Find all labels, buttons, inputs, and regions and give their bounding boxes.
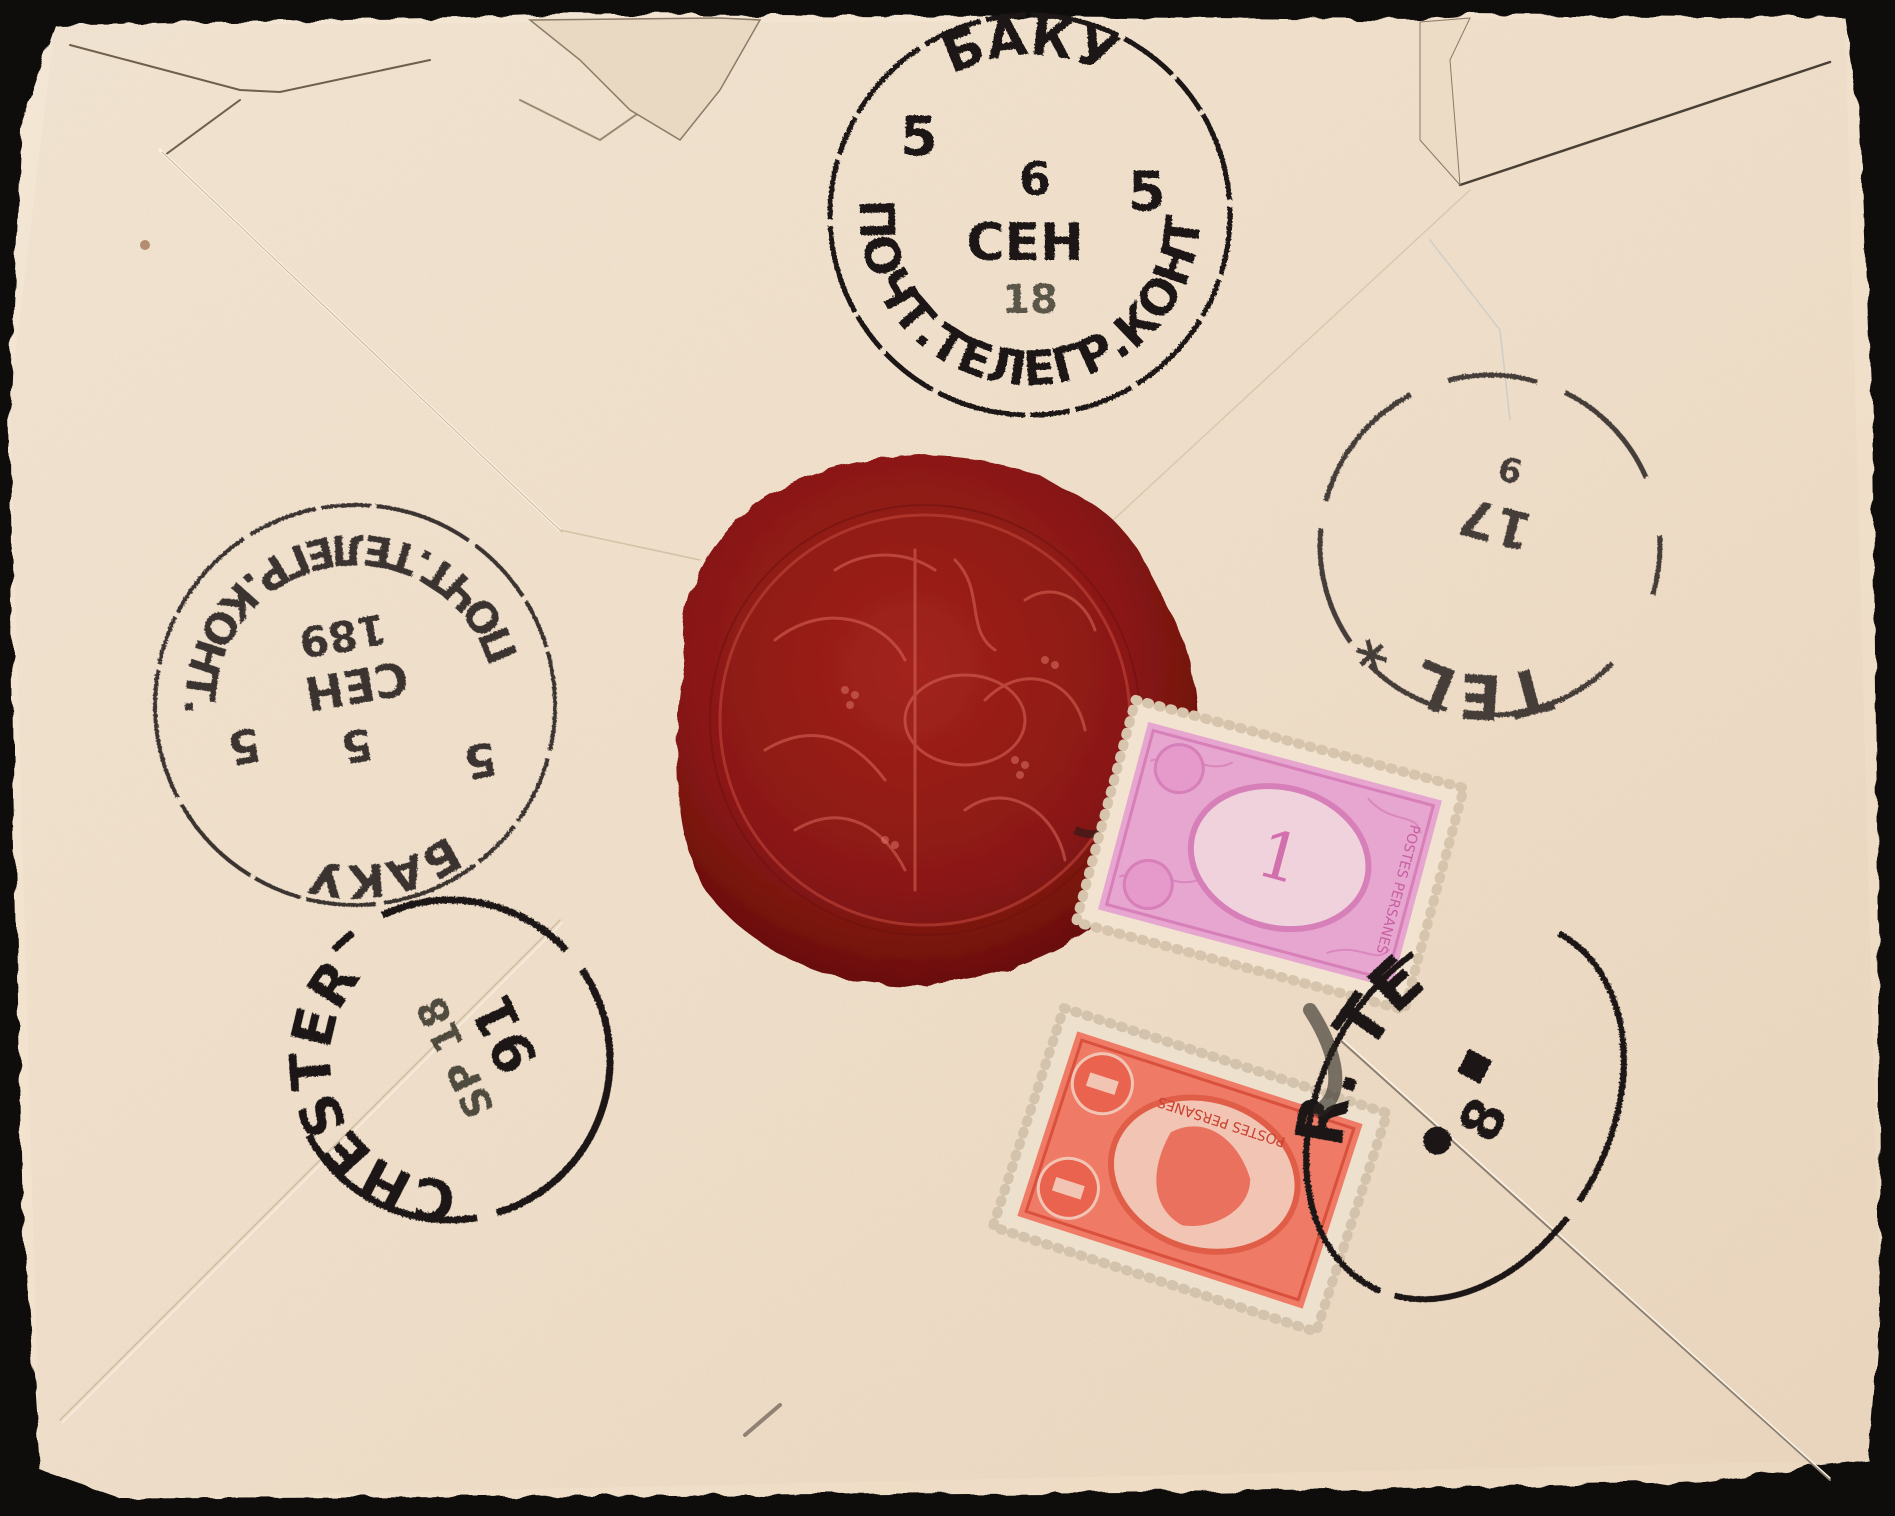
postmark-side-number: 5 [900, 105, 938, 168]
postmark-side-number: 5 [1128, 160, 1166, 223]
envelope-photo: БАКУ ПОЧТ.ТЕЛЕГР.КОНТ. 5 5 6 СЕН 18 БАКУ… [0, 0, 1895, 1516]
postmark-month: СЕН [966, 213, 1083, 273]
postmark-year: 18 [1002, 277, 1058, 323]
postmark-day: 6 [1019, 152, 1051, 206]
